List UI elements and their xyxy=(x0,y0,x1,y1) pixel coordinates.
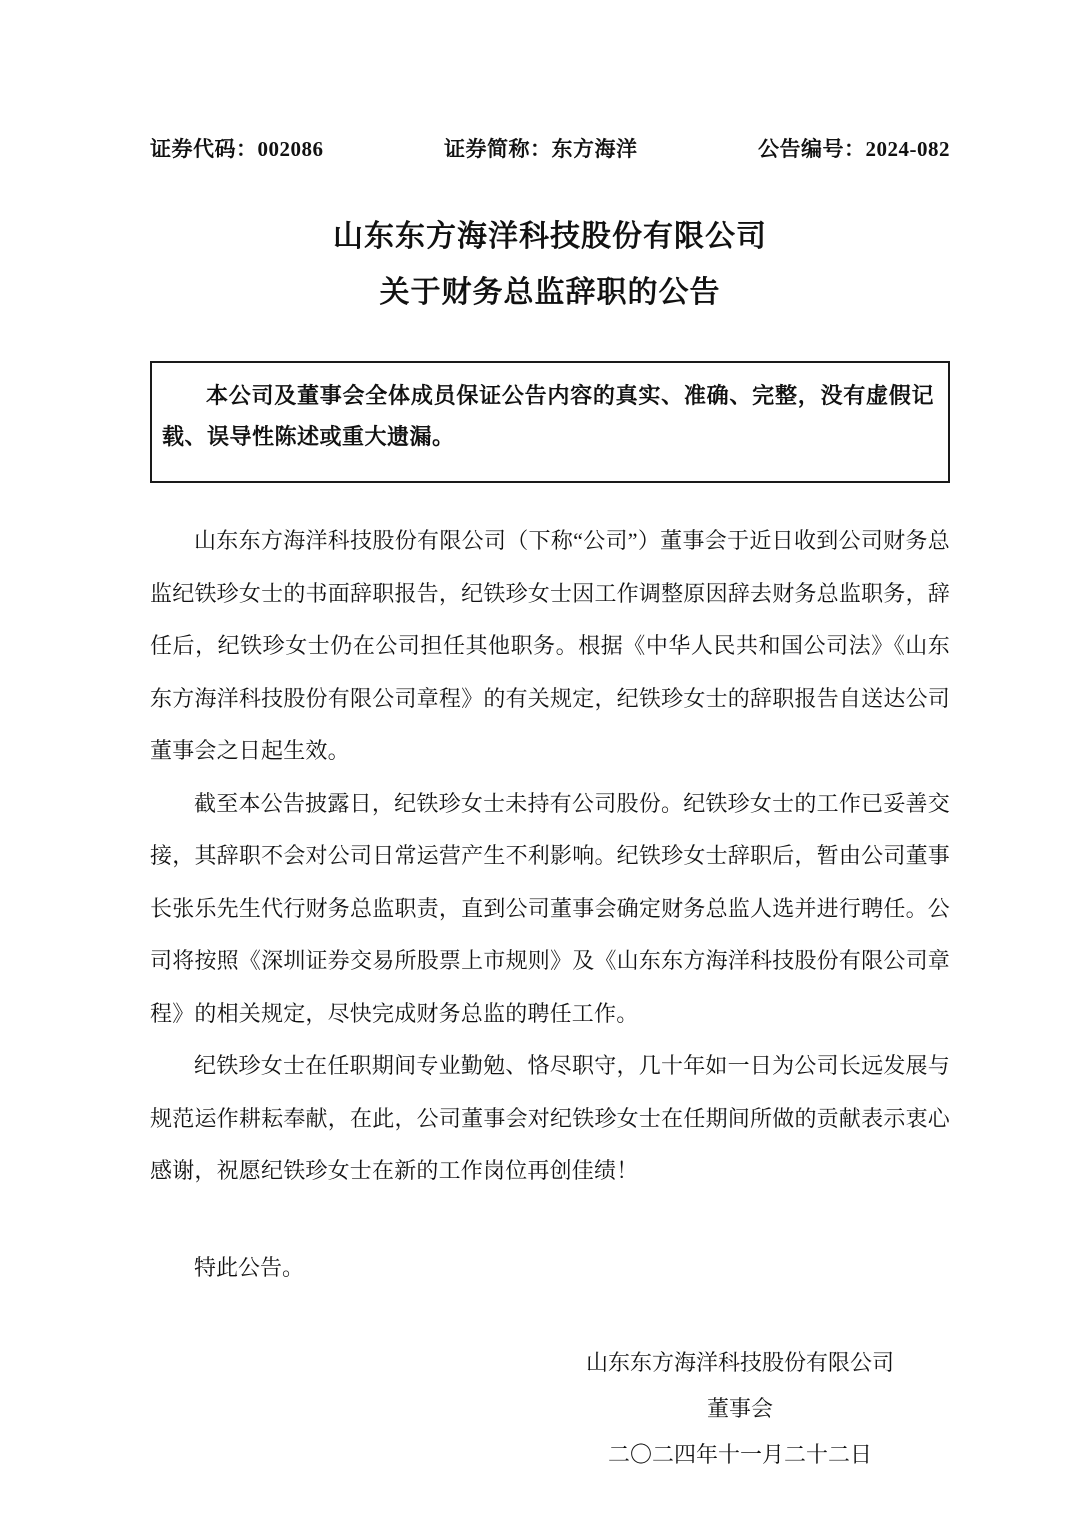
body-paragraph: 截至本公告披露日，纪铁珍女士未持有公司股份。纪铁珍女士的工作已妥善交接，其辞职不… xyxy=(150,778,950,1041)
signature-company: 山东东方海洋科技股份有限公司 xyxy=(586,1340,894,1386)
body-paragraph: 纪铁珍女士在任职期间专业勤勉、恪尽职守，几十年如一日为公司长远发展与规范运作耕耘… xyxy=(150,1040,950,1198)
title-subject-line: 关于财务总监辞职的公告 xyxy=(150,265,950,321)
document-header: 证券代码：002086 证券简称：东方海洋 公告编号：2024-082 xyxy=(150,133,950,163)
title-company-line: 山东东方海洋科技股份有限公司 xyxy=(150,209,950,265)
page-title: 山东东方海洋科技股份有限公司 关于财务总监辞职的公告 xyxy=(150,209,950,321)
signature-block: 山东东方海洋科技股份有限公司 董事会 二〇二四年十一月二十二日 xyxy=(580,1340,900,1478)
signature-date: 二〇二四年十一月二十二日 xyxy=(608,1432,872,1478)
signature-board: 董事会 xyxy=(707,1386,773,1432)
announcement-body: 山东东方海洋科技股份有限公司（下称“公司”）董事会于近日收到公司财务总监纪铁珍女… xyxy=(150,515,950,1198)
disclaimer-text: 本公司及董事会全体成员保证公告内容的真实、准确、完整，没有虚假记载、误导性陈述或… xyxy=(162,383,934,449)
body-paragraph: 山东东方海洋科技股份有限公司（下称“公司”）董事会于近日收到公司财务总监纪铁珍女… xyxy=(150,515,950,778)
announcement-number-label: 公告编号：2024-082 xyxy=(758,133,950,163)
closing-statement: 特此公告。 xyxy=(150,1242,950,1294)
stock-code-label: 证券代码：002086 xyxy=(150,133,324,163)
stock-name-label: 证券简称：东方海洋 xyxy=(444,133,638,163)
announcement-page: 证券代码：002086 证券简称：东方海洋 公告编号：2024-082 山东东方… xyxy=(0,0,1080,1527)
page-content: 证券代码：002086 证券简称：东方海洋 公告编号：2024-082 山东东方… xyxy=(150,0,950,1478)
disclaimer-box: 本公司及董事会全体成员保证公告内容的真实、准确、完整，没有虚假记载、误导性陈述或… xyxy=(150,361,950,483)
